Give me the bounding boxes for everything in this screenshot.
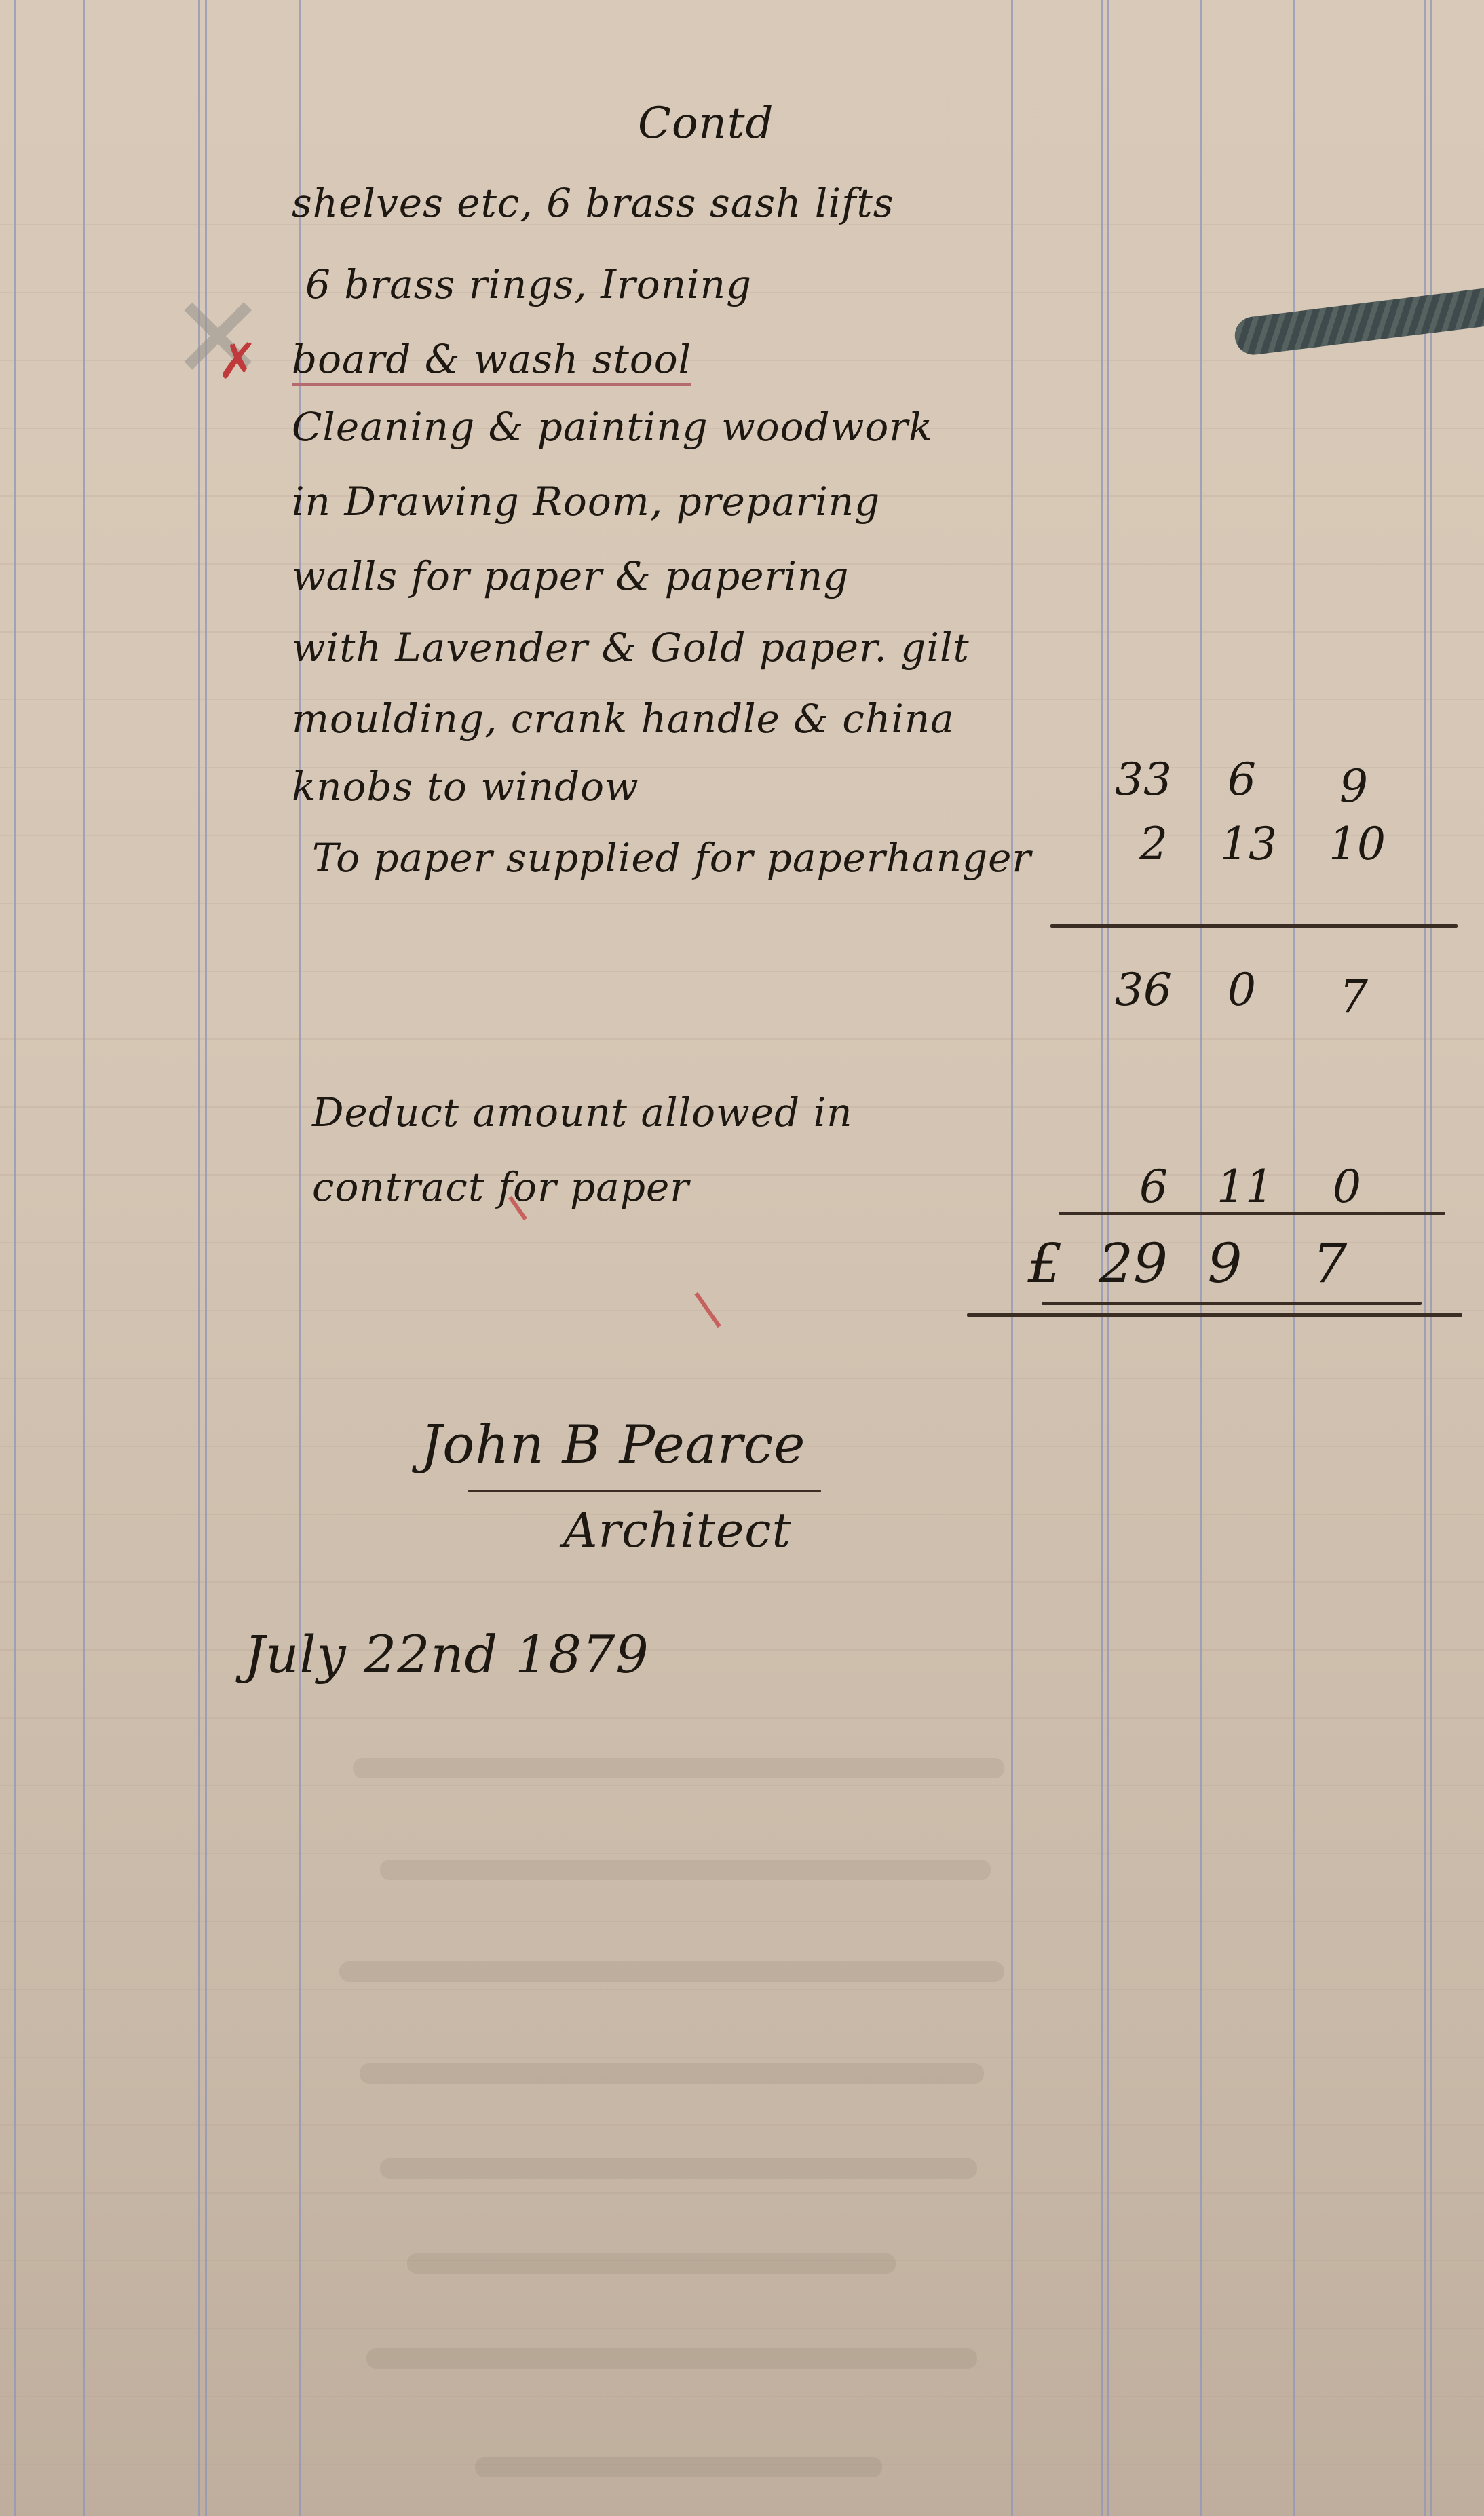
total-pounds: 29 [1092,1232,1174,1295]
signature-title: Architect [563,1507,792,1554]
binding-string [1233,284,1484,357]
sum-rule [1050,924,1458,928]
item-line: walls for paper & papering [292,557,849,596]
deduction-rule [1059,1212,1445,1215]
amount-shillings: 6 [1201,753,1282,806]
total-double-rule-upper [1042,1302,1422,1305]
total-shillings: 9 [1184,1232,1266,1295]
document-date: July 22nd 1879 [244,1629,649,1681]
item-line: To paper supplied for paperhanger [312,838,1031,878]
deduction-line: contract for paper [312,1167,689,1207]
deduction-pounds: 6 [1113,1161,1194,1213]
signature-flourish [468,1490,821,1492]
signature-name: John B Pearce [421,1419,805,1471]
amount-pence: 10 [1316,818,1398,870]
amount-pounds: 2 [1113,818,1194,870]
continued-header: Contd [638,102,774,145]
item-line: 6 brass rings, Ironing [305,265,752,304]
amount-pounds: 33 [1103,753,1184,806]
currency-symbol: £ [1011,1232,1079,1295]
subtotal-pounds: 36 [1103,964,1184,1016]
item-line-underlined: board & wash stool [292,339,691,386]
total-double-rule-lower [967,1313,1462,1317]
subtotal-pence: 7 [1313,971,1394,1023]
item-line: with Lavender & Gold paper. gilt [292,628,970,667]
deduction-line: Deduct amount allowed in [312,1093,853,1132]
item-line: moulding, crank handle & china [292,699,955,738]
item-line: knobs to window [292,767,639,806]
deduction-pence: 0 [1306,1161,1388,1213]
red-cross-mark-icon: ✗ [217,333,258,390]
item-line: shelves etc, 6 brass sash lifts [292,183,894,223]
item-line-text: 6 brass rings, Ironing [305,261,752,307]
amount-pence: 9 [1313,760,1394,812]
total-pence: 7 [1289,1232,1371,1295]
amount-shillings: 13 [1208,818,1289,870]
item-line: in Drawing Room, preparing [292,482,880,521]
subtotal-shillings: 0 [1201,964,1282,1016]
deduction-shillings: 11 [1204,1161,1286,1213]
item-line: Cleaning & painting woodwork [292,407,933,447]
